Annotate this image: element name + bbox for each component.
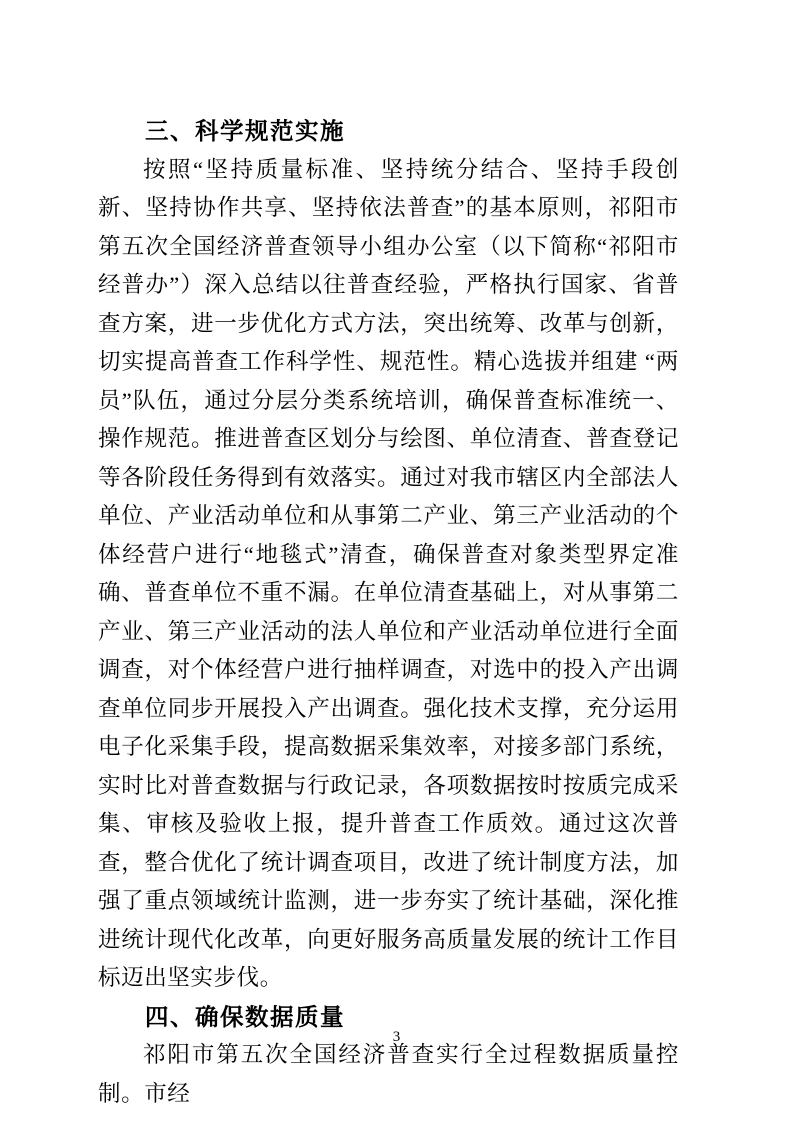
section-heading-3: 三、科学规范实施 [98,112,679,151]
body-paragraph-1: 按照“坚持质量标准、坚持统分结合、坚持手段创新、坚持协作共享、坚持依法普查”的基… [98,151,679,998]
page-number: 3 [393,1029,401,1045]
document-page: 三、科学规范实施 按照“坚持质量标准、坚持统分结合、坚持手段创新、坚持协作共享、… [0,0,793,1122]
document-body: 三、科学规范实施 按照“坚持质量标准、坚持统分结合、坚持手段创新、坚持协作共享、… [98,112,679,1113]
body-paragraph-2: 祁阳市第五次全国经济普查实行全过程数据质量控制。市经 [98,1036,679,1113]
page-footer: 3 [0,1028,793,1046]
